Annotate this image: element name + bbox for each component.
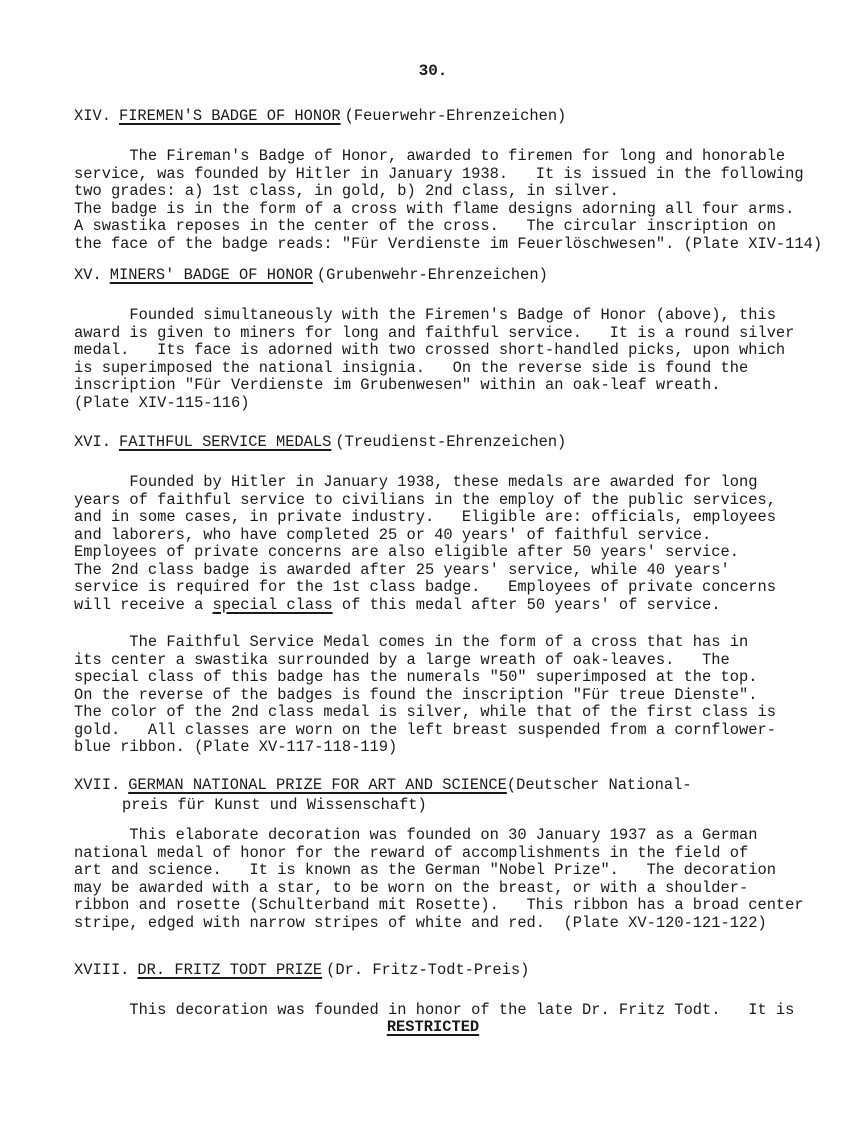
section-title: DR. FRITZ TODT PRIZE <box>137 961 322 979</box>
section-heading: XIV.FIREMEN'S BADGE OF HONOR(Feuerwehr-E… <box>74 106 814 126</box>
section-title: FIREMEN'S BADGE OF HONOR <box>119 107 341 125</box>
section-paragraph: Founded by Hitler in January 1938, these… <box>74 474 814 614</box>
section-fritz-todt-prize: XVIII.DR. FRITZ TODT PRIZE(Dr. Fritz-Tod… <box>74 960 814 1020</box>
section-heading: XVIII.DR. FRITZ TODT PRIZE(Dr. Fritz-Tod… <box>74 960 814 980</box>
section-german-title: (Treudienst-Ehrenzeichen) <box>335 433 566 451</box>
section-numeral: XVII. <box>74 776 120 794</box>
page-number: 30. <box>0 62 866 80</box>
section-title: GERMAN NATIONAL PRIZE FOR ART AND SCIENC… <box>128 776 507 794</box>
section-paragraph: This decoration was founded in honor of … <box>74 1002 814 1020</box>
section-miners-badge: XV.MINERS' BADGE OF HONOR(Grubenwehr-Ehr… <box>74 265 814 412</box>
restricted-label: RESTRICTED <box>387 1018 479 1036</box>
section-heading: XVI.FAITHFUL SERVICE MEDALS(Treudienst-E… <box>74 432 814 452</box>
section-title: FAITHFUL SERVICE MEDALS <box>119 433 331 451</box>
section-heading: XVII.GERMAN NATIONAL PRIZE FOR ART AND S… <box>74 775 814 795</box>
section-faithful-service-medals: XVI.FAITHFUL SERVICE MEDALS(Treudienst-E… <box>74 432 814 757</box>
section-heading: XV.MINERS' BADGE OF HONOR(Grubenwehr-Ehr… <box>74 265 814 285</box>
paragraph-text: Founded by Hitler in January 1938, these… <box>74 473 776 614</box>
section-german-title: (Dr. Fritz-Todt-Preis) <box>326 961 529 979</box>
section-numeral: XVI. <box>74 433 111 451</box>
underlined-phrase: special class <box>213 596 333 614</box>
section-firemens-badge: XIV.FIREMEN'S BADGE OF HONOR(Feuerwehr-E… <box>74 106 814 253</box>
section-numeral: XIV. <box>74 107 111 125</box>
section-national-prize: XVII.GERMAN NATIONAL PRIZE FOR ART AND S… <box>74 775 814 932</box>
section-numeral: XV. <box>74 266 102 284</box>
section-paragraph: The Faithful Service Medal comes in the … <box>74 634 814 757</box>
section-paragraph: Founded simultaneously with the Firemen'… <box>74 307 814 412</box>
section-title: MINERS' BADGE OF HONOR <box>110 266 313 284</box>
section-paragraph: The Fireman's Badge of Honor, awarded to… <box>74 148 814 253</box>
paragraph-text-tail: of this medal after 50 years' of service… <box>333 596 721 614</box>
section-german-title: (Deutscher National- <box>507 776 692 794</box>
section-german-title: (Feuerwehr-Ehrenzeichen) <box>345 107 567 125</box>
section-numeral: XVIII. <box>74 961 129 979</box>
classification-footer: RESTRICTED <box>0 1018 866 1036</box>
section-german-title: (Grubenwehr-Ehrenzeichen) <box>317 266 548 284</box>
section-paragraph: This elaborate decoration was founded on… <box>74 827 814 932</box>
section-german-title-cont: preis für Kunst und Wissenschaft) <box>74 795 814 815</box>
